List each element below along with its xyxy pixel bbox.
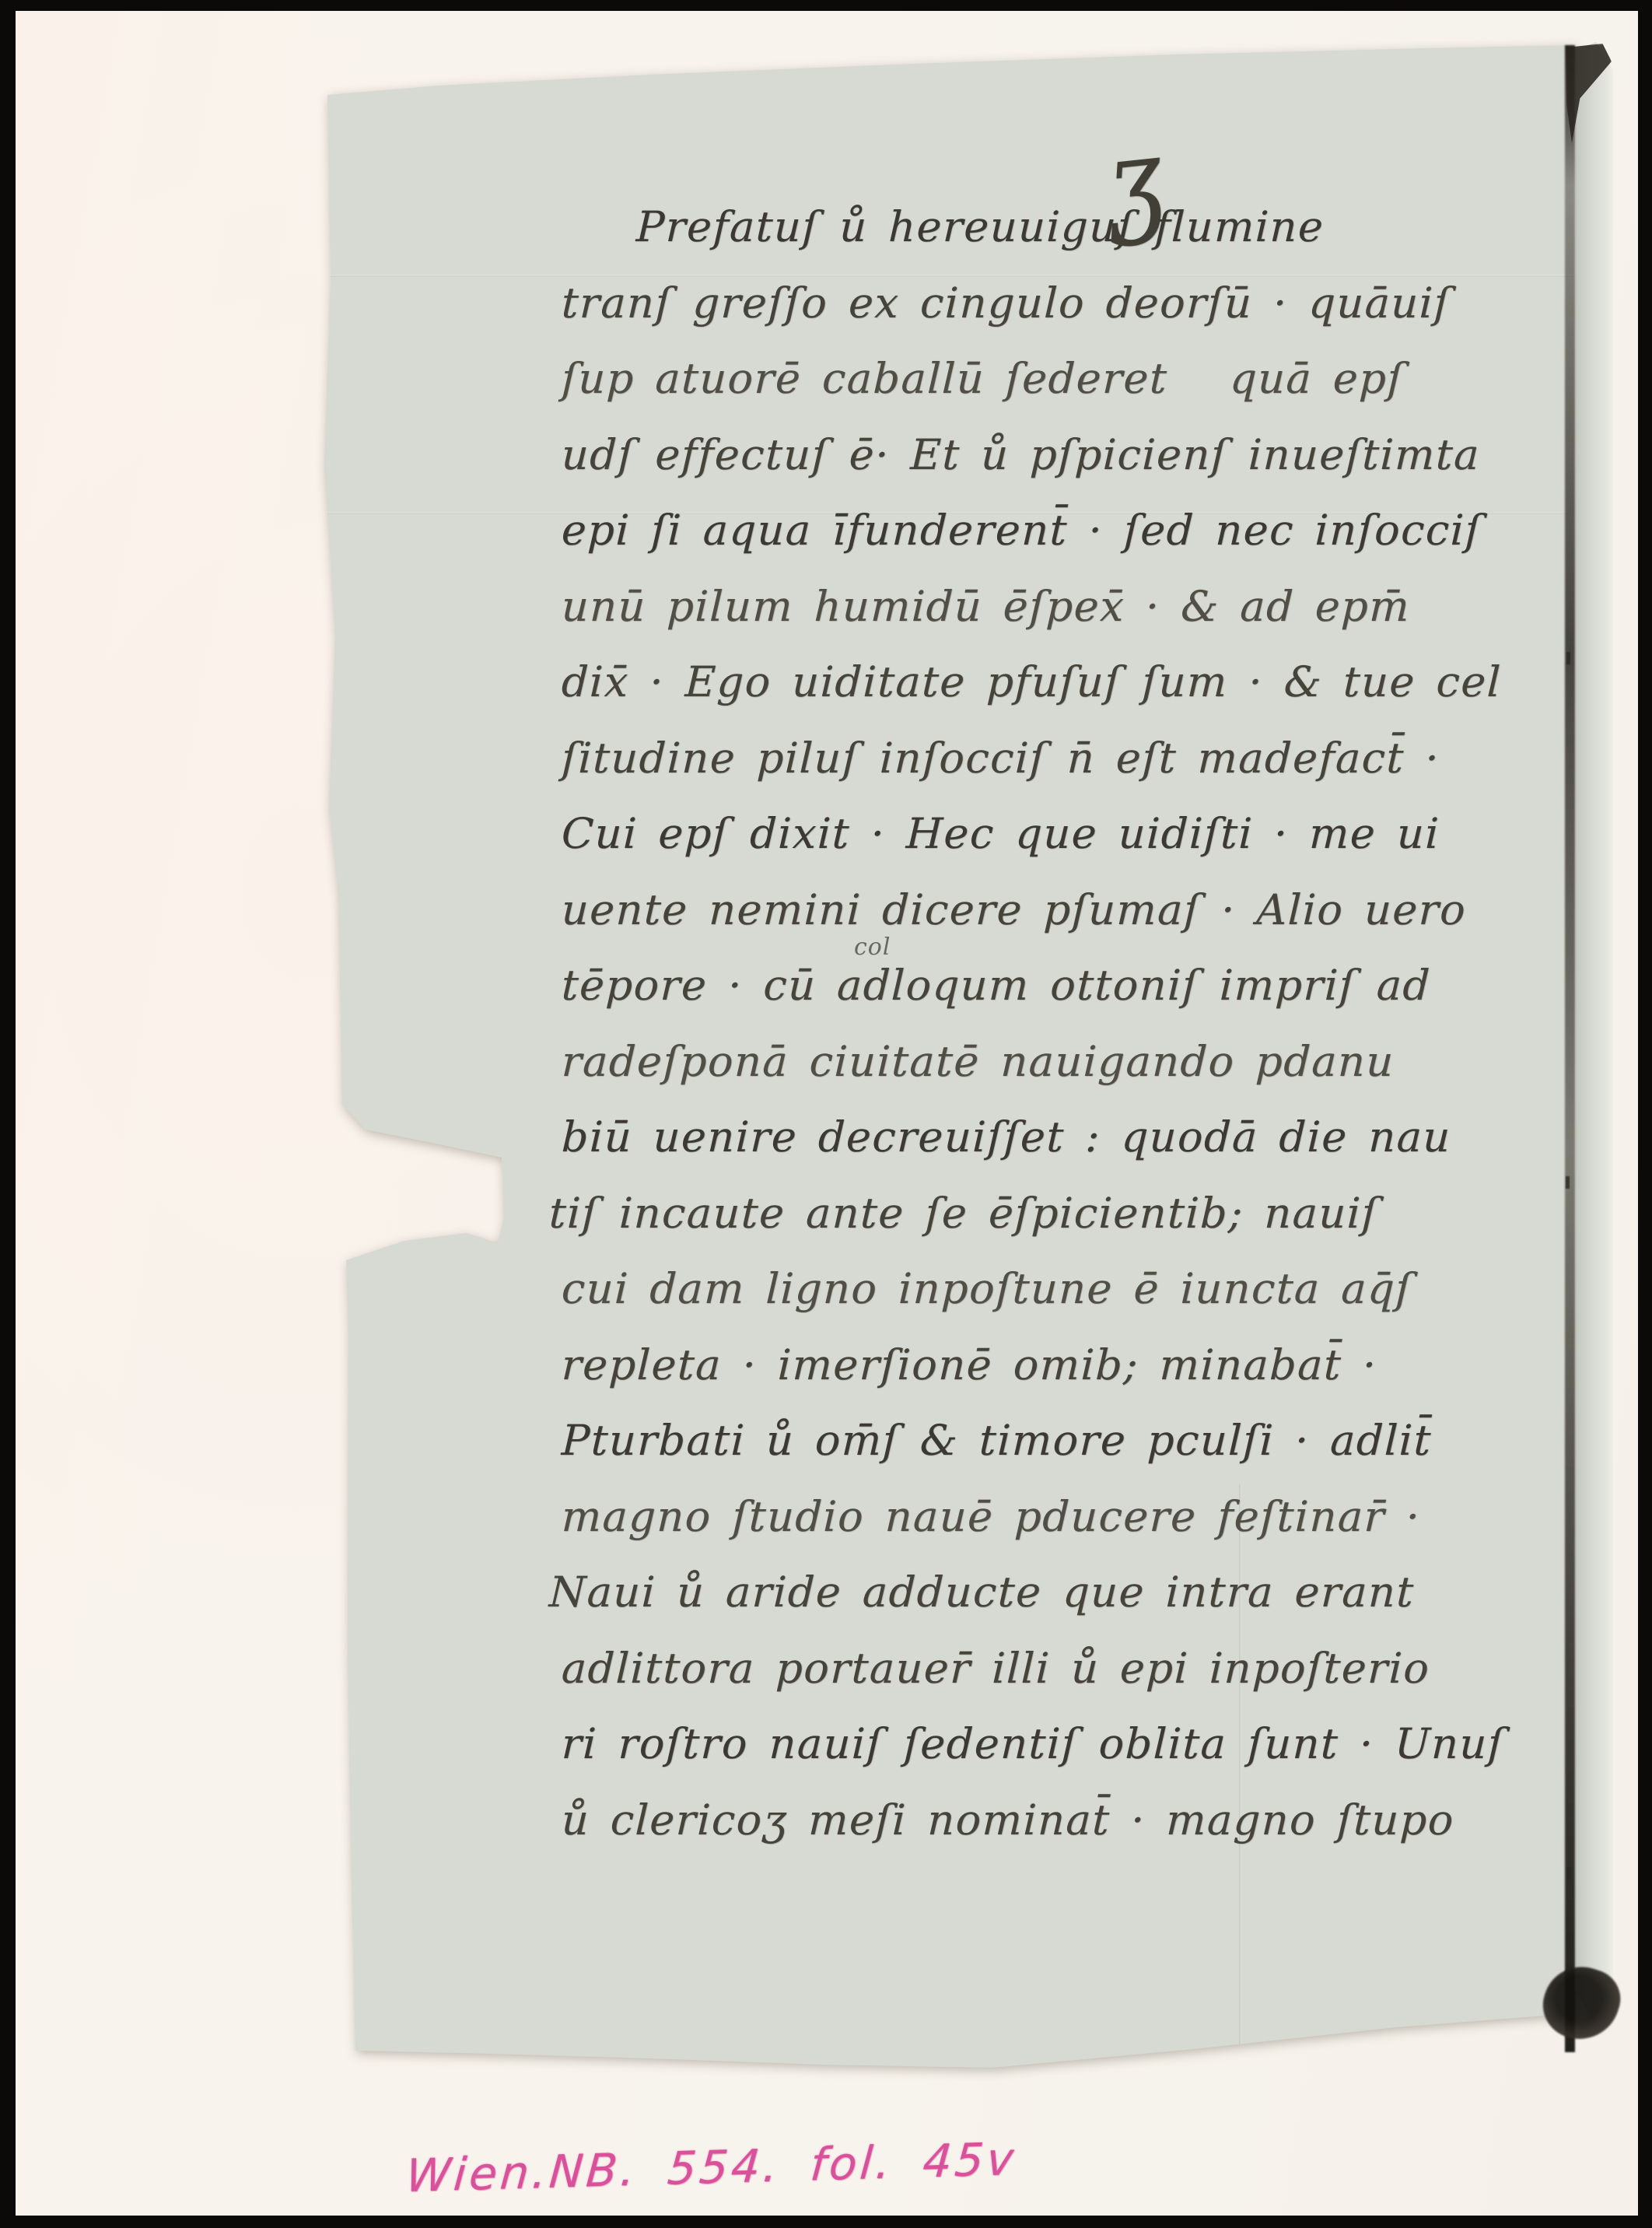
binding-mark [1566,1176,1570,1189]
horizontal-crease [323,275,1574,277]
manuscript-line: Prefatuſ ů hereuuiguſ flumine [635,202,1325,251]
manuscript-line: Naui ů aride adducte que intra erant [548,1568,1416,1617]
superscript-correction: col [854,934,891,961]
manuscript-line: Pturbati ů om̄ſ & timore pculſi · adlit̄ [561,1416,1433,1465]
adjacent-page-edge [1576,42,1613,2043]
manuscript-line: adlittora portauer̄ illi ů epi inpoſteri… [561,1644,1431,1693]
manuscript-line: tēpore · cū adloqum ottoniſ impriſ ad [561,961,1432,1010]
manuscript-line: ſup atuorē caballū ſederet quā epſ [561,354,1405,403]
manuscript-line: unū pilum humidū ēſpex̄ · & ad epm̄ [561,582,1411,631]
manuscript-line: magno ſtudio nauē pducere feſtinar̄ · [561,1492,1422,1541]
manuscript-line: uente nemini dicere pſumaſ · Alio uero [561,885,1467,934]
binding-mark [1567,1867,1571,1879]
manuscript-line: dix̄ · Ego uiditate pfuſuſ ſum · & tue c… [561,657,1503,706]
manuscript-line: ů clericoʒ meſi nominat̄ · magno ſtupo [561,1795,1455,1844]
manuscript-line: Cui epſ dixit · Hec que uidiſti · me ui [561,809,1440,858]
binding-mark [1566,652,1570,664]
manuscript-line: udſ effectuſ ē· Et ů pſpicienſ inueſtimt… [561,430,1481,479]
manuscript-line: tiſ incaute ante ſe ēſpicientib; nauiſ [548,1189,1379,1238]
gutter-seam [1565,45,1575,2052]
manuscript-line: repleta · imerſionē omib; minabat̄ · [561,1340,1378,1389]
manuscript-line: ri roſtro nauiſ ſedentiſ oblita ſunt · U… [561,1719,1505,1768]
manuscript-line: cui dam ligno inpoſtune ē iuncta aq̄ſ [561,1264,1413,1313]
manuscript-line: tranſ greſſo ex cingulo deorſū · quāuiſ [561,278,1451,328]
manuscript-line: radeſponā ciuitatē nauigando pdanu [561,1037,1395,1086]
manuscript-line: ſitudine piluſ inſocciſ n̄ eſt madefact̄… [561,734,1440,783]
manuscript-line: biū uenire decreuiſſet : quodā die nau [561,1112,1452,1161]
manuscript-line: epi ſi aqua īfunderent̄ · ſed nec inſocc… [561,506,1482,555]
photo-frame: Prefatuſ ů hereuuiguſ flumine tranſ greſ… [0,0,1652,2228]
